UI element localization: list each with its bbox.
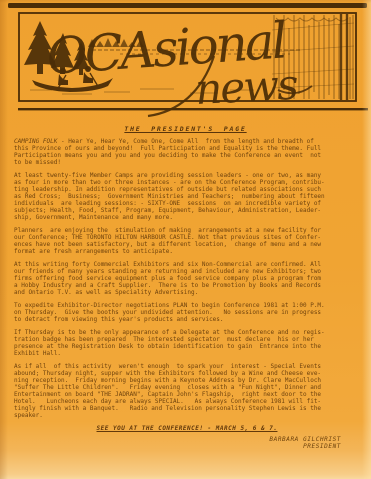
- masthead: OCAsional news: [0, 0, 371, 118]
- article-body: CAMPING FOLK - Hear Ye, Hear Ye, Come On…: [14, 138, 360, 450]
- paragraph: If Thursday is to be the only appearance…: [14, 329, 360, 357]
- masthead-title-secondary: news: [194, 60, 299, 114]
- paragraph: At this writing forty Commercial Exhibit…: [14, 261, 360, 296]
- page-title: THE PRESIDENT'S PAGE: [0, 125, 371, 133]
- paragraph: CAMPING FOLK - Hear Ye, Hear Ye, Come On…: [14, 138, 360, 166]
- closing-line: SEE YOU AT THE CONFERENCE! - MARCH 5, 6 …: [14, 425, 360, 432]
- paragraph-text: - Hear Ye, Hear Ye, Come One, Come All f…: [14, 138, 321, 166]
- paragraph: To expedite Exhibitor-Director negotiati…: [14, 302, 360, 323]
- paragraph: As if all of this activity weren't enoug…: [14, 363, 360, 419]
- masthead-rule: [18, 108, 368, 110]
- newsletter-page: OCAsional news THE PRESIDENT'S PAGE CAMP…: [0, 0, 371, 479]
- paragraph: At least twenty-five Member Camps are pr…: [14, 172, 360, 221]
- signature-block: BARBARA GILCHRIST PRESIDENT: [14, 437, 360, 450]
- paragraph-lead: CAMPING FOLK: [14, 138, 57, 145]
- top-rule: [8, 3, 367, 8]
- paragraph: Planners are enjoying the stimulation of…: [14, 227, 360, 255]
- signature-title: PRESIDENT: [14, 444, 341, 451]
